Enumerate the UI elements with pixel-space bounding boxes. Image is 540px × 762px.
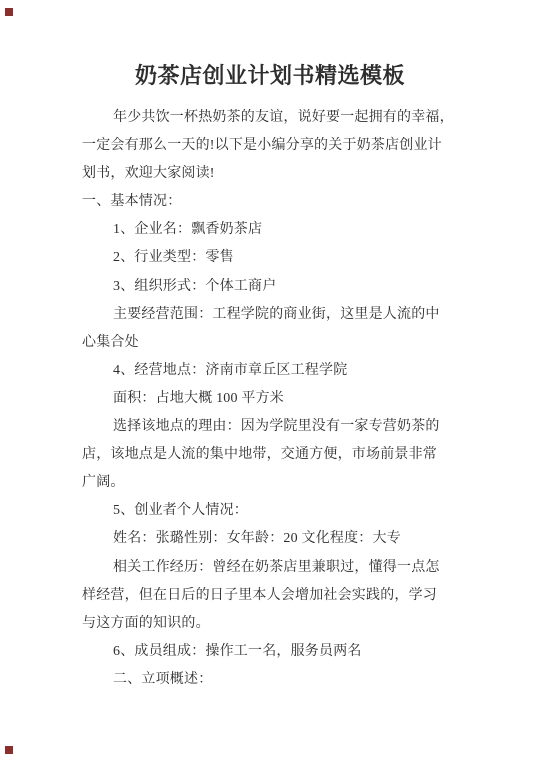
corner-mark-top bbox=[5, 8, 13, 16]
text-line: 姓名：张璐性别：女年龄：20 文化程度：大专 bbox=[82, 525, 462, 553]
document-body: 年少共饮一杯热奶茶的友谊，说好要一起拥有的幸福，一定会有那么一天的!以下是小编分… bbox=[82, 104, 462, 694]
document-page: 奶茶店创业计划书精选模板 年少共饮一杯热奶茶的友谊，说好要一起拥有的幸福，一定会… bbox=[0, 0, 540, 762]
corner-mark-bottom bbox=[5, 746, 13, 754]
text-line: 选择该地点的理由：因为学院里没有一家专营奶茶的 bbox=[82, 413, 462, 441]
text-line: 一定会有那么一天的!以下是小编分享的关于奶茶店创业计 bbox=[82, 132, 462, 160]
text-line: 4、经营地点：济南市章丘区工程学院 bbox=[82, 357, 462, 385]
text-line: 3、组织形式：个体工商户 bbox=[82, 273, 462, 301]
text-line: 样经营，但在日后的日子里本人会增加社会实践的，学习 bbox=[82, 582, 462, 610]
text-line: 二、立项概述： bbox=[82, 666, 462, 694]
text-line: 2、行业类型：零售 bbox=[82, 244, 462, 272]
text-line: 店，该地点是人流的集中地带，交通方便，市场前景非常 bbox=[82, 441, 462, 469]
text-line: 面积：占地大概 100 平方米 bbox=[82, 385, 462, 413]
text-line: 5、创业者个人情况： bbox=[82, 497, 462, 525]
text-line: 与这方面的知识的。 bbox=[82, 610, 462, 638]
text-line: 心集合处 bbox=[82, 329, 462, 357]
text-line: 划书，欢迎大家阅读! bbox=[82, 160, 462, 188]
text-line: 相关工作经历：曾经在奶茶店里兼职过，懂得一点怎 bbox=[82, 554, 462, 582]
text-line: 主要经营范围：工程学院的商业街，这里是人流的中 bbox=[82, 301, 462, 329]
page-title: 奶茶店创业计划书精选模板 bbox=[0, 62, 540, 90]
text-line: 广阔。 bbox=[82, 469, 462, 497]
text-line: 一、基本情况： bbox=[82, 188, 462, 216]
text-line: 6、成员组成：操作工一名，服务员两名 bbox=[82, 638, 462, 666]
text-line: 1、企业名：飘香奶茶店 bbox=[82, 216, 462, 244]
text-line: 年少共饮一杯热奶茶的友谊，说好要一起拥有的幸福， bbox=[82, 104, 462, 132]
